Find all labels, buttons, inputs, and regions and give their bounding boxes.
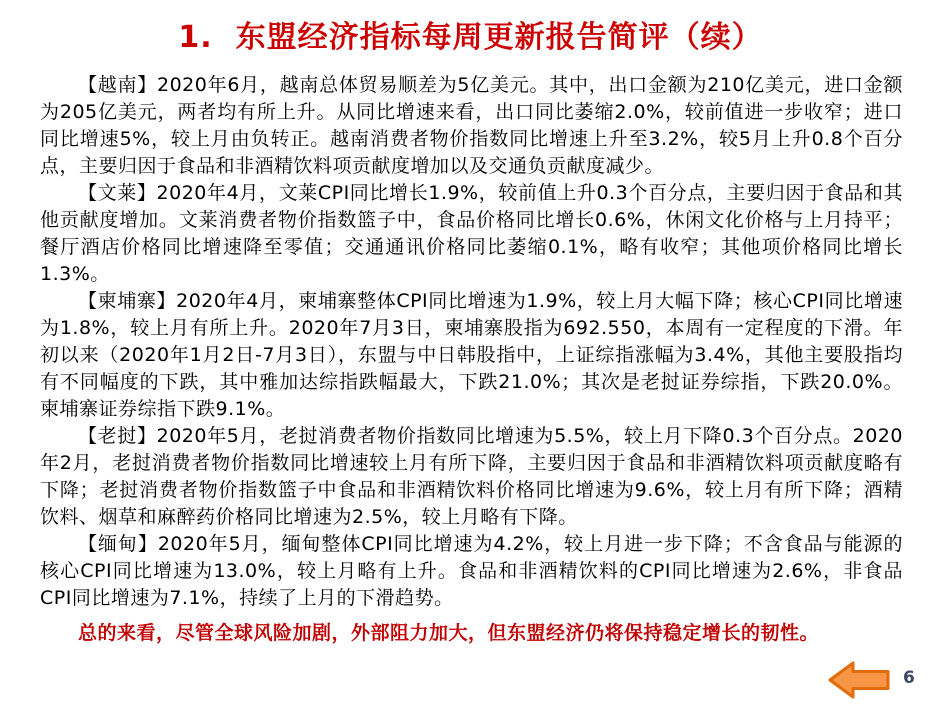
summary-conclusion: 总的来看，尽管全球风险加剧，外部阻力加大，但东盟经济仍将保持稳定增长的韧性。: [40, 620, 903, 647]
paragraph-brunei: 【文莱】2020年4月，文莱CPI同比增长1.9%，较前值上升0.3个百分点，主…: [40, 180, 903, 288]
paragraph-vietnam: 【越南】2020年6月，越南总体贸易顺差为5亿美元。其中，出口金额为210亿美元…: [40, 72, 903, 180]
page-title: 1. 东盟经济指标每周更新报告简评（续）: [30, 20, 911, 56]
slide-body: 【越南】2020年6月，越南总体贸易顺差为5亿美元。其中，出口金额为210亿美元…: [40, 72, 903, 612]
slide: 1. 东盟经济指标每周更新报告简评（续） 【越南】2020年6月，越南总体贸易顺…: [0, 0, 941, 706]
paragraph-myanmar: 【缅甸】2020年5月，缅甸整体CPI同比增速为4.2%，较上月进一步下降；不含…: [40, 531, 903, 612]
paragraph-laos: 【老挝】2020年5月，老挝消费者物价指数同比增速为5.5%，较上月下降0.3个…: [40, 423, 903, 531]
back-arrow-icon[interactable]: [828, 661, 890, 699]
page-number: 6: [903, 668, 915, 688]
paragraph-cambodia: 【柬埔寨】2020年4月，柬埔寨整体CPI同比增速为1.9%，较上月大幅下降；核…: [40, 288, 903, 423]
